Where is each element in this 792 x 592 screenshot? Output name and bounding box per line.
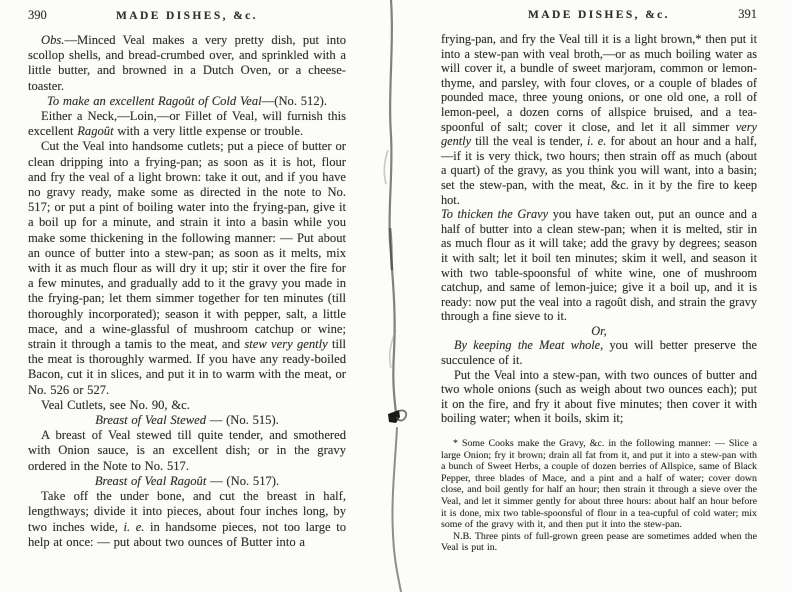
italic-text-segment: i. e. bbox=[123, 520, 144, 534]
left-page-para-4: Cut the Veal into handsome cutlets; put … bbox=[28, 139, 346, 397]
left-page-heading-8: Breast of Veal Ragoût — (No. 517). bbox=[28, 474, 346, 489]
left-text-column: Obs.—Minced Veal makes a very pretty dis… bbox=[28, 33, 346, 550]
text-segment: —(No. 512). bbox=[262, 94, 327, 108]
italic-text-segment: Or, bbox=[591, 324, 606, 338]
italic-text-segment: To thicken the Gravy bbox=[441, 207, 548, 221]
right-page-header: MADE DISHES, &c. 391 bbox=[441, 7, 757, 22]
text-segment: N.B. Three pints of full-grown green pea… bbox=[441, 531, 757, 554]
italic-text-segment: Obs. bbox=[41, 33, 64, 47]
text-segment: — (No. 517). bbox=[206, 474, 279, 488]
text-segment: A breast of Veal stewed till quite tende… bbox=[28, 428, 346, 472]
italic-text-segment: i. e. bbox=[587, 134, 606, 148]
crease-branch-upper bbox=[384, 150, 388, 184]
left-page-number: 390 bbox=[28, 8, 74, 23]
left-page: 390 MADE DISHES, &c. Obs.—Minced Veal ma… bbox=[0, 0, 382, 592]
left-page-para-3: Either a Neck,—Loin,—or Fillet of Veal, … bbox=[28, 109, 346, 139]
left-page-header: 390 MADE DISHES, &c. bbox=[28, 8, 346, 23]
right-page-para-2: To thicken the Gravy you have taken out,… bbox=[441, 207, 757, 324]
right-page-para-5: Put the Veal into a stew-pan, with two o… bbox=[441, 368, 757, 426]
left-page-para-7: A breast of Veal stewed till quite tende… bbox=[28, 428, 346, 474]
italic-text-segment: stew very gently bbox=[244, 337, 327, 351]
left-page-para-5: Veal Cutlets, see No. 90, &c. bbox=[28, 398, 346, 413]
right-page-para-4: By keeping the Meat whole, you will bett… bbox=[441, 338, 757, 367]
right-page-para-1: frying-pan, and fry the Veal till it is … bbox=[441, 32, 757, 207]
ink-blot-loop bbox=[397, 410, 406, 420]
right-page-number: 391 bbox=[711, 7, 757, 22]
text-segment: with a very little expense or trouble. bbox=[114, 124, 304, 138]
ink-blot bbox=[388, 410, 400, 423]
scanned-book-spread: 390 MADE DISHES, &c. Obs.—Minced Veal ma… bbox=[0, 0, 792, 592]
crease-line-upper bbox=[390, 0, 396, 414]
right-page-footnote-6: * Some Cooks make the Gravy, &c. in the … bbox=[441, 438, 757, 531]
text-segment: till the veal is tender, bbox=[471, 134, 587, 148]
italic-text-segment: Breast of Veal Stewed bbox=[95, 413, 206, 427]
text-segment: Veal Cutlets, see No. 90, &c. bbox=[41, 398, 190, 412]
right-page: MADE DISHES, &c. 391 frying-pan, and fry… bbox=[410, 0, 792, 592]
text-segment: Cut the Veal into handsome cutlets; put … bbox=[28, 139, 346, 351]
crease-line-lower bbox=[392, 428, 401, 592]
right-running-head: MADE DISHES, &c. bbox=[487, 9, 711, 21]
left-page-heading-2: To make an excellent Ragoût of Cold Veal… bbox=[28, 94, 346, 109]
crease-branch-lower bbox=[390, 330, 396, 368]
right-page-center-3: Or, bbox=[441, 324, 757, 339]
italic-text-segment: Breast of Veal Ragoût bbox=[95, 474, 207, 488]
left-page-para-1: Obs.—Minced Veal makes a very pretty dis… bbox=[28, 33, 346, 94]
text-segment: frying-pan, and fry the Veal till it is … bbox=[441, 32, 757, 134]
text-segment: you have taken out, put an ounce and a h… bbox=[441, 207, 757, 323]
right-text-column: frying-pan, and fry the Veal till it is … bbox=[441, 32, 757, 554]
left-page-para-9: Take off the under bone, and cut the bre… bbox=[28, 489, 346, 550]
italic-text-segment: By keeping the Meat whole, bbox=[454, 338, 603, 352]
right-page-footnote-7: N.B. Three pints of full-grown green pea… bbox=[441, 531, 757, 554]
italic-text-segment: To make an excellent Ragoût of Cold Veal bbox=[47, 94, 262, 108]
left-page-heading-6: Breast of Veal Stewed — (No. 515). bbox=[28, 413, 346, 428]
italic-text-segment: Ragoût bbox=[77, 124, 113, 138]
text-segment: —Minced Veal makes a very pretty dish, p… bbox=[28, 33, 346, 93]
text-segment: — (No. 515). bbox=[206, 413, 279, 427]
crease-dark-segment bbox=[390, 228, 392, 270]
text-segment: Put the Veal into a stew-pan, with two o… bbox=[441, 368, 757, 426]
text-segment: * Some Cooks make the Gravy, &c. in the … bbox=[441, 438, 757, 530]
left-running-head: MADE DISHES, &c. bbox=[74, 10, 300, 22]
